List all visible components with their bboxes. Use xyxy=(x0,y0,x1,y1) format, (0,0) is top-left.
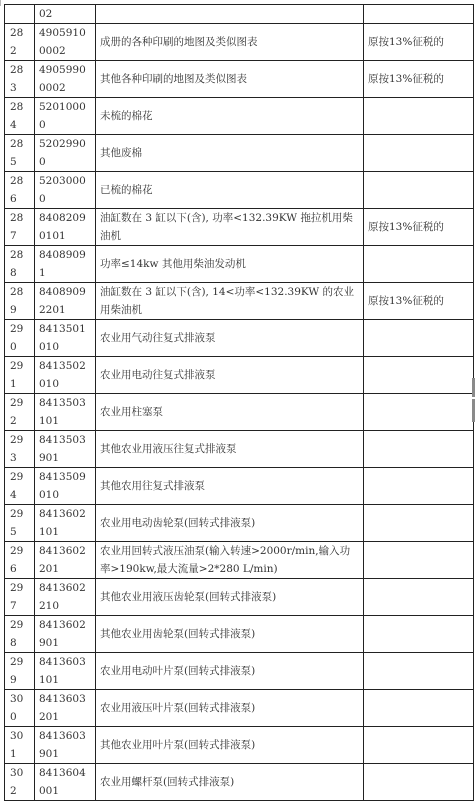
row-index: 284 xyxy=(5,98,35,135)
table-row: 289 84089092201 油缸数在 3 缸以下(含), 14<功率<132… xyxy=(5,283,474,320)
row-index: 301 xyxy=(5,727,35,764)
commodity-description: 其他农业用液压齿轮泵(回转式排液泵) xyxy=(96,579,364,616)
commodity-description: 农业用螺杆泵(回转式排液泵) xyxy=(96,764,364,801)
row-index: 285 xyxy=(5,135,35,172)
row-index: 283 xyxy=(5,61,35,98)
commodity-code: 8413602901 xyxy=(35,616,96,653)
commodity-code: 8413501010 xyxy=(35,320,96,357)
commodity-description: 农业用液压叶片泵(回转式排液泵) xyxy=(96,690,364,727)
row-index: 288 xyxy=(5,246,35,283)
row-index: 295 xyxy=(5,505,35,542)
commodity-description: 农业用电动齿轮泵(回转式排液泵) xyxy=(96,505,364,542)
commodity-code: 8413503901 xyxy=(35,431,96,468)
row-index: 299 xyxy=(5,653,35,690)
tax-note xyxy=(364,579,474,616)
commodity-description: 农业用电动叶片泵(回转式排液泵) xyxy=(96,653,364,690)
commodity-description: 其他农业用液压往复式排液泵 xyxy=(96,431,364,468)
tax-note: 原按13%征税的 xyxy=(364,283,474,320)
tax-item-table: 02 282 49059100002 成册的各种印刷的地图及类似图表 原按13%… xyxy=(4,4,474,801)
commodity-code: 49059900002 xyxy=(35,61,96,98)
commodity-code: 8413603201 xyxy=(35,690,96,727)
tax-note xyxy=(364,542,474,579)
commodity-code: 84089091 xyxy=(35,246,96,283)
tax-note xyxy=(364,727,474,764)
row-index: 290 xyxy=(5,320,35,357)
commodity-description: 其他废棉 xyxy=(96,135,364,172)
row-index: 298 xyxy=(5,616,35,653)
table-row: 301 8413603901 其他农业用叶片泵(回转式排液泵) xyxy=(5,727,474,764)
table-row: 02 xyxy=(5,5,474,24)
table-row: 296 8413602201 农业用回转式液压油泵(输入转速>2000r/min… xyxy=(5,542,474,579)
commodity-description xyxy=(96,5,364,24)
table-row: 293 8413503901 其他农业用液压往复式排液泵 xyxy=(5,431,474,468)
tax-note xyxy=(364,764,474,801)
commodity-code: 8413509010 xyxy=(35,468,96,505)
tax-note xyxy=(364,616,474,653)
table-row: 300 8413603201 农业用液压叶片泵(回转式排液泵) xyxy=(5,690,474,727)
table-row: 290 8413501010 农业用气动往复式排液泵 xyxy=(5,320,474,357)
commodity-description: 油缸数在 3 缸以下(含), 功率<132.39KW 拖拉机用柴油机 xyxy=(96,209,364,246)
tax-note xyxy=(364,172,474,209)
tax-note xyxy=(364,394,474,431)
row-index: 292 xyxy=(5,394,35,431)
tax-note xyxy=(364,320,474,357)
commodity-description: 农业用气动往复式排液泵 xyxy=(96,320,364,357)
table-row: 302 8413604001 农业用螺杆泵(回转式排液泵) xyxy=(5,764,474,801)
commodity-description: 其他各种印刷的地图及类似图表 xyxy=(96,61,364,98)
table-row: 288 84089091 功率≤14kw 其他用柴油发动机 xyxy=(5,246,474,283)
row-index: 300 xyxy=(5,690,35,727)
commodity-code: 8413602201 xyxy=(35,542,96,579)
tax-note xyxy=(364,505,474,542)
commodity-code: 8413603901 xyxy=(35,727,96,764)
row-index: 293 xyxy=(5,431,35,468)
tax-note: 原按13%征税的 xyxy=(364,209,474,246)
commodity-code: 8413502010 xyxy=(35,357,96,394)
commodity-code: 52010000 xyxy=(35,98,96,135)
table-row: 294 8413509010 其他农用往复式排液泵 xyxy=(5,468,474,505)
tax-note xyxy=(364,468,474,505)
commodity-description: 已梳的棉花 xyxy=(96,172,364,209)
tax-note xyxy=(364,98,474,135)
row-index: 302 xyxy=(5,764,35,801)
commodity-code: 84082090101 xyxy=(35,209,96,246)
row-index xyxy=(5,5,35,24)
tax-note xyxy=(364,246,474,283)
tax-note: 原按13%征税的 xyxy=(364,24,474,61)
commodity-code: 8413604001 xyxy=(35,764,96,801)
commodity-code: 52030000 xyxy=(35,172,96,209)
commodity-code: 8413503101 xyxy=(35,394,96,431)
row-index: 289 xyxy=(5,283,35,320)
page-edge-line xyxy=(0,0,1,6)
commodity-description: 功率≤14kw 其他用柴油发动机 xyxy=(96,246,364,283)
row-index: 291 xyxy=(5,357,35,394)
commodity-description: 其他农业用叶片泵(回转式排液泵) xyxy=(96,727,364,764)
tax-note xyxy=(364,431,474,468)
commodity-code: 84089092201 xyxy=(35,283,96,320)
tax-note xyxy=(364,5,474,24)
commodity-code: 8413602101 xyxy=(35,505,96,542)
row-index: 294 xyxy=(5,468,35,505)
tax-note: 原按13%征税的 xyxy=(364,61,474,98)
table-row: 299 8413603101 农业用电动叶片泵(回转式排液泵) xyxy=(5,653,474,690)
commodity-code: 8413602210 xyxy=(35,579,96,616)
row-index: 297 xyxy=(5,579,35,616)
table-row: 297 8413602210 其他农业用液压齿轮泵(回转式排液泵) xyxy=(5,579,474,616)
table-row: 282 49059100002 成册的各种印刷的地图及类似图表 原按13%征税的 xyxy=(5,24,474,61)
commodity-description: 农业用柱塞泵 xyxy=(96,394,364,431)
table-row: 292 8413503101 农业用柱塞泵 xyxy=(5,394,474,431)
table-row: 283 49059900002 其他各种印刷的地图及类似图表 原按13%征税的 xyxy=(5,61,474,98)
commodity-description: 农业用电动往复式排液泵 xyxy=(96,357,364,394)
row-index: 287 xyxy=(5,209,35,246)
table-row: 284 52010000 未梳的棉花 xyxy=(5,98,474,135)
table-row: 291 8413502010 农业用电动往复式排液泵 xyxy=(5,357,474,394)
commodity-code: 02 xyxy=(35,5,96,24)
table-row: 295 8413602101 农业用电动齿轮泵(回转式排液泵) xyxy=(5,505,474,542)
commodity-description: 未梳的棉花 xyxy=(96,98,364,135)
commodity-description: 油缸数在 3 缸以下(含), 14<功率<132.39KW 的农业用柴油机 xyxy=(96,283,364,320)
row-index: 286 xyxy=(5,172,35,209)
commodity-description: 其他农业用齿轮泵(回转式排液泵) xyxy=(96,616,364,653)
row-index: 282 xyxy=(5,24,35,61)
table-row: 286 52030000 已梳的棉花 xyxy=(5,172,474,209)
tax-note xyxy=(364,653,474,690)
table-row: 285 52029900 其他废棉 xyxy=(5,135,474,172)
commodity-description: 其他农用往复式排液泵 xyxy=(96,468,364,505)
table-row: 298 8413602901 其他农业用齿轮泵(回转式排液泵) xyxy=(5,616,474,653)
tax-note xyxy=(364,357,474,394)
tax-note xyxy=(364,135,474,172)
tax-note xyxy=(364,690,474,727)
row-index: 296 xyxy=(5,542,35,579)
commodity-description: 农业用回转式液压油泵(输入转速>2000r/min,输入功率>190kw,最大流… xyxy=(96,542,364,579)
commodity-code: 8413603101 xyxy=(35,653,96,690)
commodity-code: 49059100002 xyxy=(35,24,96,61)
commodity-description: 成册的各种印刷的地图及类似图表 xyxy=(96,24,364,61)
commodity-code: 52029900 xyxy=(35,135,96,172)
table-row: 287 84082090101 油缸数在 3 缸以下(含), 功率<132.39… xyxy=(5,209,474,246)
